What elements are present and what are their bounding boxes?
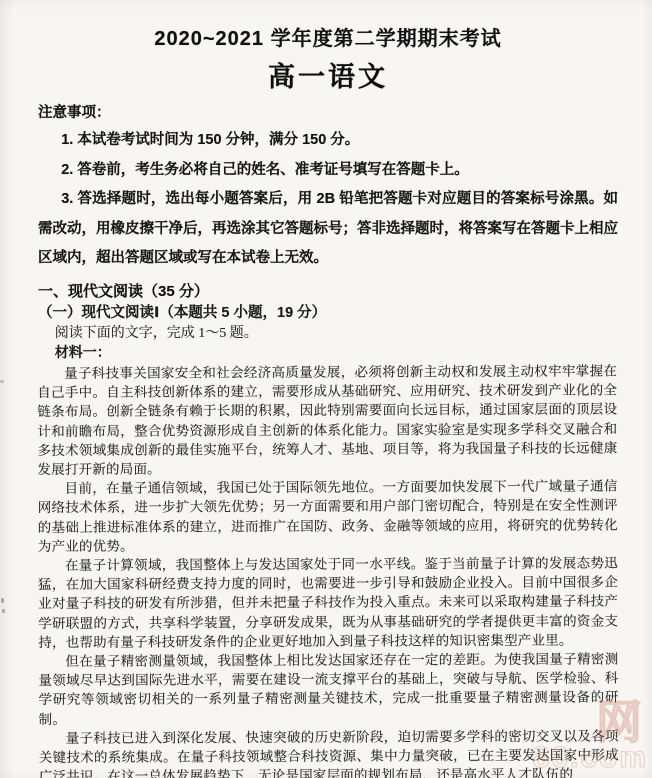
passage-text: 量子科技事关国家安全和社会经济高质量发展，必须将创新主动权和发展主动权牢牢掌握在…: [37, 361, 619, 778]
scan-artifact: [1, 598, 4, 603]
exam-subject-title: 高一语文: [38, 55, 618, 94]
notice-item-3: 3. 答选择题时，选出每小题答案后，用 2B 铅笔把答题卡对应题目的答案标号涂黑…: [38, 185, 618, 274]
exam-paper: 2020~2021 学年度第二学期期末考试 高一语文 注意事项： 1. 本试卷考…: [0, 0, 652, 778]
notice-item-2: 2. 答卷前，考生务必将自己的姓名、准考证号填写在答题卡上。: [38, 156, 618, 186]
notice-heading: 注意事项：: [38, 100, 618, 126]
section-heading: 一、现代文阅读（35 分）: [38, 281, 618, 303]
scan-artifact: [2, 609, 5, 613]
material-label: 材料一：: [38, 344, 618, 363]
passage-paragraph: 量子科技已进入到深化发展、快速突破的历史新阶段，迫切需要多学科的密切交叉以及各项…: [39, 726, 619, 778]
passage-paragraph: 但在量子精密测量领域，我国整体上相比发达国家还存在一定的差距。为使我国量子精密测…: [38, 649, 618, 728]
passage-paragraph: 量子科技事关国家安全和社会经济高质量发展，必须将创新主动权和发展主动权牢牢掌握在…: [37, 361, 617, 479]
notice-item-1: 1. 本试卷考试时间为 150 分钟，满分 150 分。: [38, 126, 618, 156]
passage-paragraph: 在量子计算领域，我国整体上与发达国家处于同一水平线。鉴于当前量子计算的发展态势迅…: [38, 553, 618, 652]
subsection-heading: （一）现代文阅读Ⅰ（本题共 5 小题，19 分）: [38, 303, 618, 324]
scan-artifact: [0, 380, 4, 383]
exam-title: 2020~2021 学年度第二学期期末考试: [38, 22, 618, 51]
scanned-exam-page: { "header": { "title_line1": "2020~2021 …: [0, 0, 652, 778]
passage-paragraph: 目前，在量子通信领域，我国已处于国际领先地位。一方面要加快发展下一代广域量子通信…: [38, 476, 618, 555]
reading-instruction: 阅读下面的文字，完成 1～5 题。: [38, 324, 618, 344]
